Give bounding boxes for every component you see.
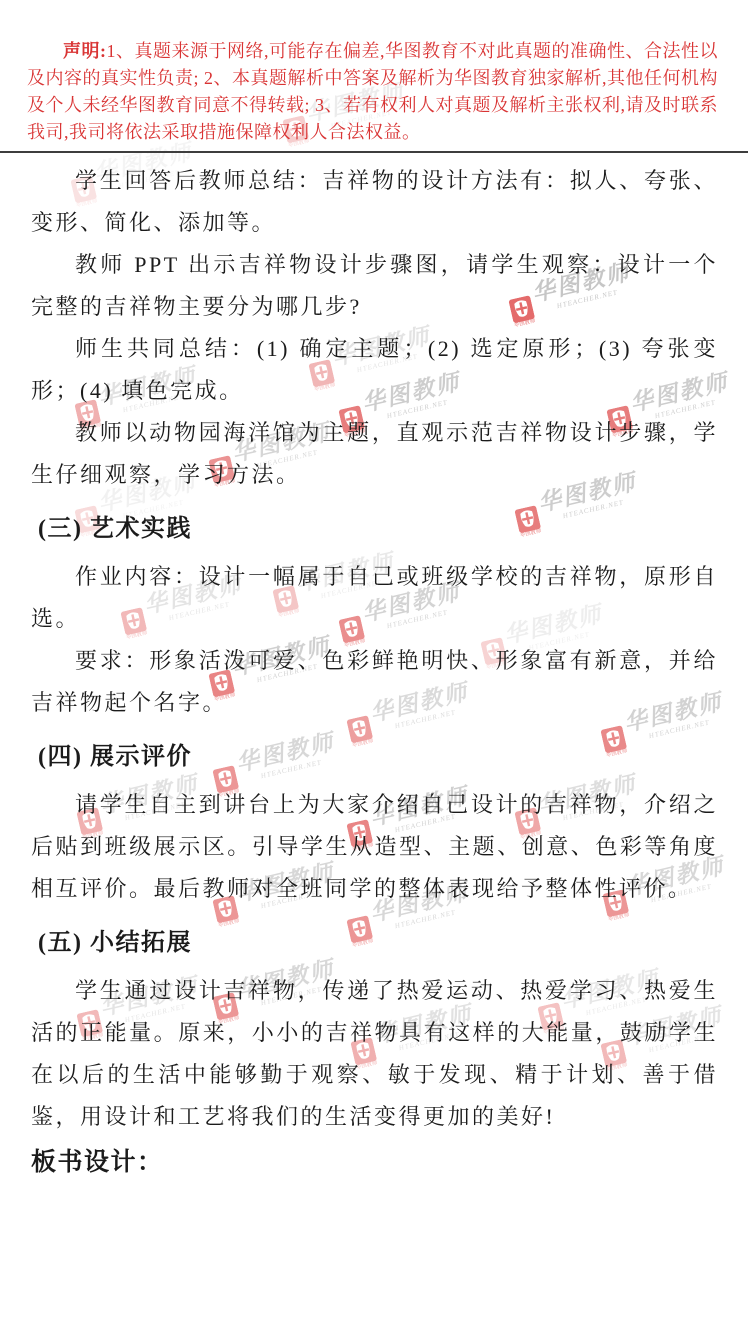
disclaimer-text: 1、真题来源于网络,可能存在偏差,华图教育不对此真题的准确性、合法性以及内容的真…: [27, 41, 718, 142]
section-heading: (五) 小结拓展: [31, 922, 718, 964]
document-page: 华图教师华图教师HTEACHER.NET华图教师华图教师HTEACHER.NET…: [0, 0, 748, 1334]
paragraph: 作业内容：设计一幅属于自己或班级学校的吉祥物，原形自选。: [31, 556, 718, 640]
paragraph: 学生通过设计吉祥物，传递了热爱运动、热爱学习、热爱生活的正能量。原来，小小的吉祥…: [31, 970, 718, 1138]
paragraph: 师生共同总结：(1) 确定主题；(2) 选定原形；(3) 夸张变形；(4) 填色…: [31, 328, 718, 412]
document-body: 学生回答后教师总结：吉祥物的设计方法有：拟人、夸张、变形、简化、添加等。教师 P…: [31, 160, 718, 1184]
paragraph: 教师 PPT 出示吉祥物设计步骤图，请学生观察：设计一个完整的吉祥物主要分为哪几…: [31, 244, 718, 328]
disclaimer-label: 声明:: [63, 41, 107, 61]
divider-line: [0, 151, 748, 153]
paragraph: 学生回答后教师总结：吉祥物的设计方法有：拟人、夸张、变形、简化、添加等。: [31, 160, 718, 244]
paragraph: 要求：形象活泼可爱、色彩鲜艳明快、形象富有新意，并给吉祥物起个名字。: [31, 640, 718, 724]
paragraph: 请学生自主到讲台上为大家介绍自己设计的吉祥物，介绍之后贴到班级展示区。引导学生从…: [31, 784, 718, 910]
paragraph: 教师以动物园海洋馆为主题，直观示范吉祥物设计步骤，学生仔细观察，学习方法。: [31, 412, 718, 496]
section-heading: 板书设计：: [31, 1142, 718, 1184]
section-heading: (三) 艺术实践: [31, 508, 718, 550]
disclaimer: 声明:1、真题来源于网络,可能存在偏差,华图教育不对此真题的准确性、合法性以及内…: [27, 38, 718, 146]
section-heading: (四) 展示评价: [31, 736, 718, 778]
